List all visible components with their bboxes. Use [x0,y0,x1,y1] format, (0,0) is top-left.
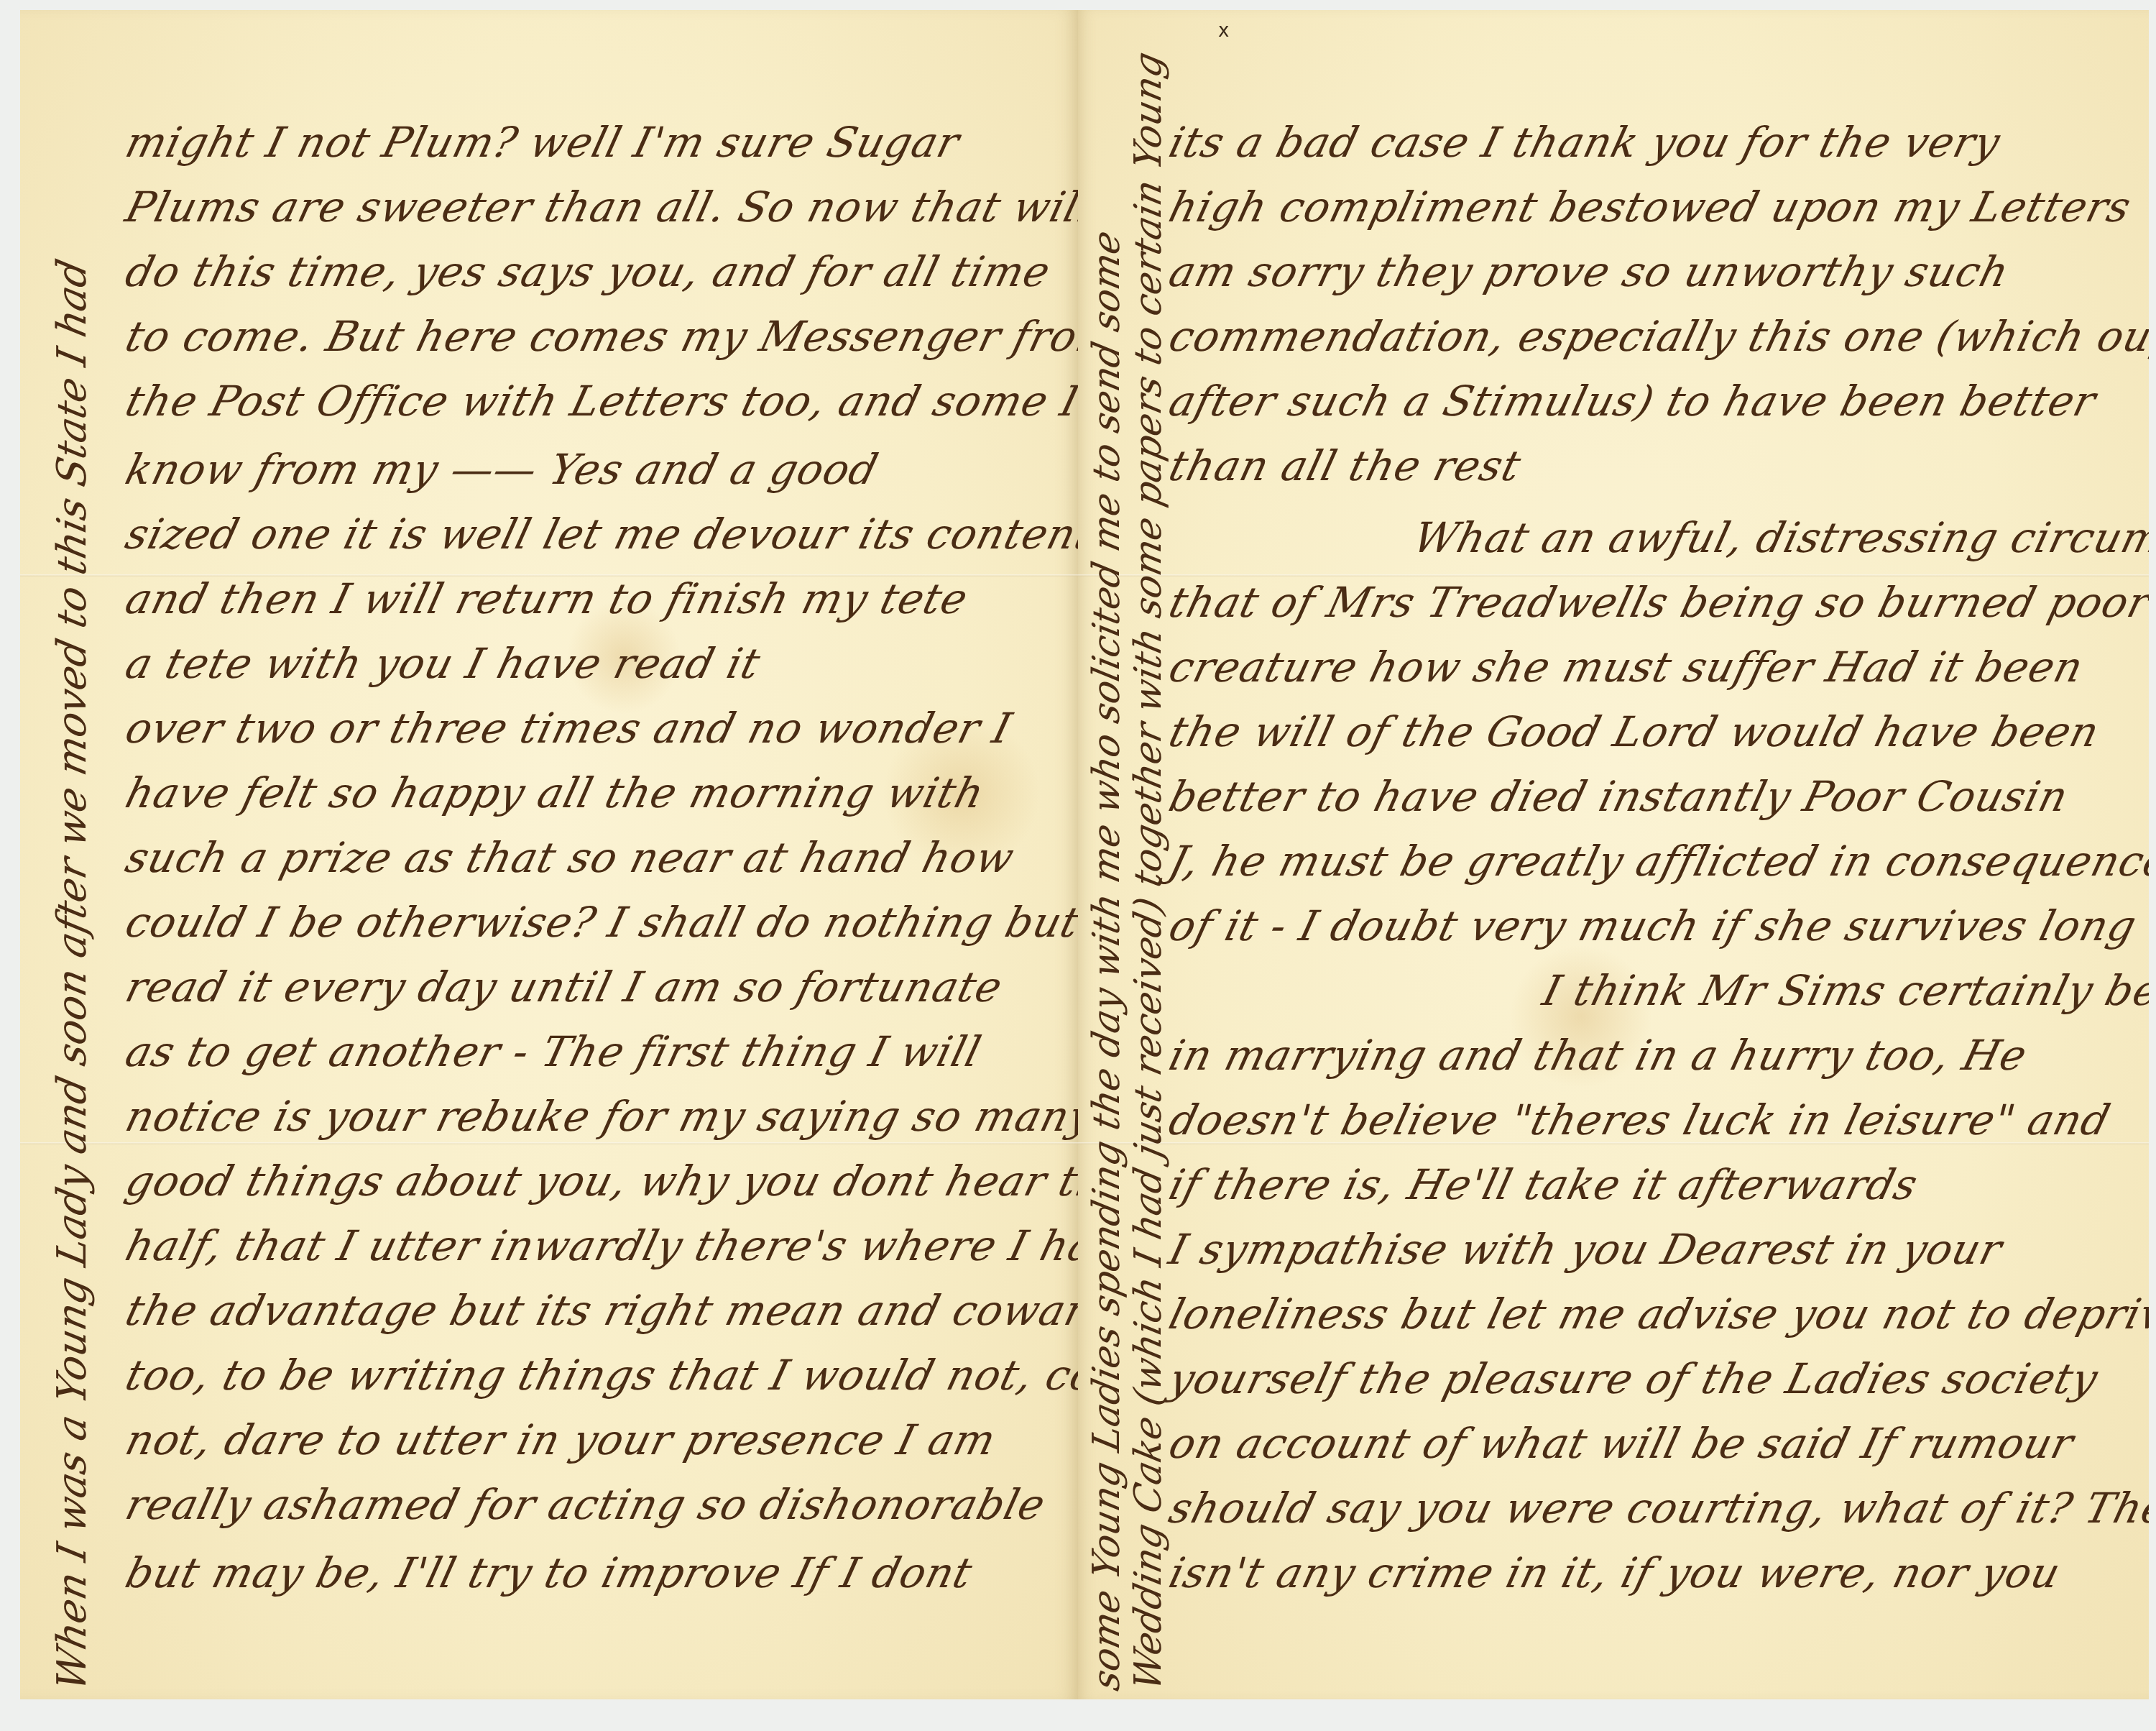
letter-line: too, to be writing things that I would n… [121,1351,1078,1400]
letter-line: and then I will return to finish my tete [121,574,973,623]
letter-line: over two or three times and no wonder I [121,704,1017,753]
letter-line: sized one it is well let me devour its c… [121,510,1078,559]
letter-line: notice is your rebuke for my saying so m… [121,1092,1078,1141]
letter-line: I sympathise with you Dearest in your [1164,1225,2007,1274]
letter-line: in marrying and that in a hurry too, He [1164,1031,2032,1080]
letter-scan: When I was a Young Lady and soon after w… [0,0,2156,1731]
letter-line: could I be otherwise? I shall do nothing… [121,898,1078,947]
letter-line: loneliness but let me advise you not to … [1164,1290,2149,1339]
letter-line: might I not Plum? well I'm sure Sugar [121,118,964,167]
letter-line: creature how she must suffer Had it been [1164,643,2088,692]
letter-line: a tete with you I have read it [121,639,765,688]
letter-line: really ashamed for acting so dishonorabl… [121,1480,1051,1529]
letter-line: not, dare to utter in your presence I am [121,1415,1001,1464]
letter-line: than all the rest [1164,441,1526,490]
letter-line: but may be, I'll try to improve If I don… [121,1548,977,1597]
letter-line: I think Mr Sims certainly believes [1164,966,2149,1015]
margin-note-vertical: Wedding Cake (which I had just received)… [1127,48,1170,1694]
letter-line: What an awful, distressing circumstance [1164,513,2149,562]
letter-line: the advantage but its right mean and cow… [121,1286,1078,1335]
letter-line: that of Mrs Treadwells being so burned p… [1164,578,2149,627]
letter-line: commendation, especially this one (which… [1164,312,2149,361]
letter-line: should say you were courting, what of it… [1164,1484,2149,1533]
letter-line: good things about you, why you dont hear… [121,1157,1078,1206]
letter-line: of it - I doubt very much if she survive… [1164,901,2142,950]
letter-line: am sorry they prove so unworthy such [1164,247,2014,296]
letter-line: as to get another - The first thing I wi… [121,1027,986,1076]
letter-line: have felt so happy all the morning with [121,768,990,817]
letter-line: if there is, He'll take it afterwards [1164,1160,1923,1209]
paper-fold-line [1078,574,2149,577]
letter-line: yourself the pleasure of the Ladies soci… [1164,1354,2104,1403]
letter-line: doesn't believe "theres luck in leisure"… [1164,1096,2116,1144]
letter-line: do this time, yes says you, and for all … [121,247,1056,296]
letter-line: to come. But here comes my Messenger fro… [121,312,1078,361]
letter-line: such a prize as that so near at hand how [121,833,1019,882]
letter-line: Plums are sweeter than all. So now that … [121,183,1078,231]
corner-x-mark: x [1218,20,1229,42]
letter-line: the will of the Good Lord would have bee… [1164,707,2104,756]
margin-note-vertical: some Young Ladies spending the day with … [1085,227,1128,1694]
right-page: x some Young Ladies spending the day wit… [1078,10,2149,1699]
letter-line: isn't any crime in it, if you were, nor … [1164,1548,2065,1597]
letter-line: better to have died instantly Poor Cousi… [1164,772,2073,821]
paper-fold-line [20,1142,1078,1144]
letter-line: know from my —— Yes and a good [121,445,883,494]
letter-line: half, that I utter inwardly there's wher… [121,1221,1078,1270]
letter-line: its a bad case I thank you for the very [1164,118,2005,167]
letter-line: read it every day until I am so fortunat… [121,963,1008,1011]
margin-note-vertical: When I was a Young Lady and soon after w… [49,255,96,1694]
letter-line: on account of what will be said If rumou… [1164,1419,2079,1468]
letter-line: high compliment bestowed upon my Letters [1164,183,2136,231]
letter-line: the Post Office with Letters too, and so… [121,377,1078,426]
letter-line: after such a Stimulus) to have been bett… [1164,377,2101,426]
letter-line: J, he must be greatly afflicted in conse… [1164,837,2149,886]
left-page: When I was a Young Lady and soon after w… [20,10,1078,1699]
